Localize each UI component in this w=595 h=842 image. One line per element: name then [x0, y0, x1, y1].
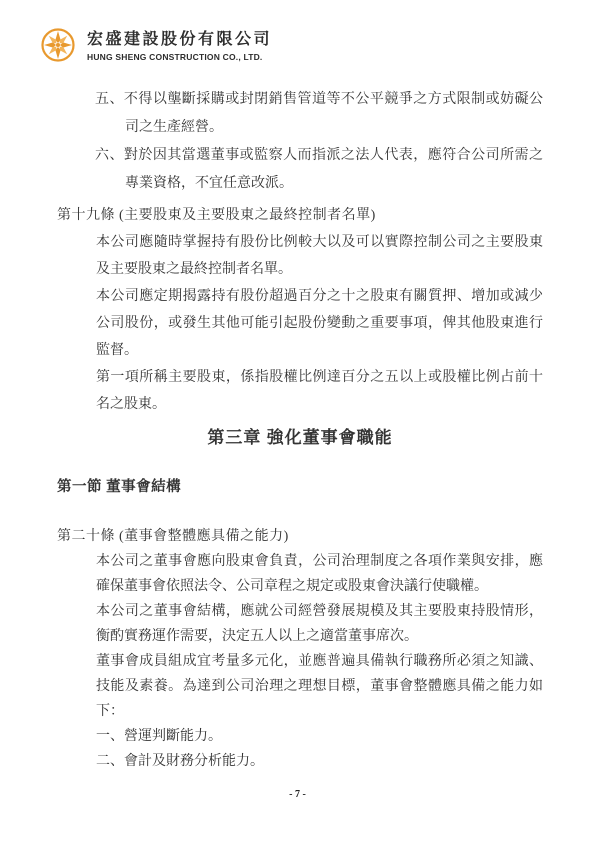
article-20: 第二十條 (董事會整體應具備之能力) 本公司之董事會應向股東會負責，公司治理制度… — [57, 524, 543, 774]
document-page: 宏盛建設股份有限公司 HUNG SHENG CONSTRUCTION CO., … — [0, 0, 595, 842]
text-line: 六、對於因其當選董事或監察人而指派之法人代表，應符合公司所需之 — [95, 142, 543, 170]
list-item: 一、營運判斷能力。 — [96, 724, 543, 749]
chapter-heading: 第三章 強化董事會職能 — [57, 423, 543, 453]
company-logo-icon — [40, 24, 76, 66]
section-heading: 第一節 董事會結構 — [57, 474, 543, 500]
text-line: 五、不得以壟斷採購或封閉銷售管道等不公平競爭之方式限制或妨礙公 — [95, 86, 543, 114]
ability-list: 一、營運判斷能力。二、會計及財務分析能力。 — [57, 724, 543, 774]
text-line: 下： — [96, 699, 543, 724]
text-line: 司之生產經營。 — [95, 114, 543, 142]
article-20-text: 本公司之董事會應向股東會負責，公司治理制度之各項作業與安排，應確保董事會依照法令… — [57, 549, 543, 724]
paragraph: 本公司應定期揭露持有股份超過百分之十之股東有關質押、增加或減少公司股份，或發生其… — [57, 283, 543, 364]
text-line: 確保董事會依照法令、公司章程之規定或股東會決議行使職權。 — [96, 574, 543, 599]
article-19-text: 本公司應隨時掌握持有股份比例較大以及可以實際控制公司之主要股東及主要股東之最終控… — [57, 229, 543, 418]
article-20-heading: 第二十條 (董事會整體應具備之能力) — [57, 524, 543, 549]
company-name-en: HUNG SHENG CONSTRUCTION CO., LTD. — [87, 52, 272, 63]
text-line: 本公司之董事會結構，應就公司經營發展規模及其主要股東持股情形， — [96, 599, 543, 624]
text-line: 本公司應定期揭露持有股份超過百分之十之股東有關質押、增加或減少 — [96, 283, 543, 310]
text-line: 公司股份，或發生其他可能引起股份變動之重要事項，俾其他股東進行 — [96, 310, 543, 337]
text-line: 及主要股東之最終控制者名單。 — [96, 256, 543, 283]
paragraph: 六、對於因其當選董事或監察人而指派之法人代表，應符合公司所需之專業資格，不宜任意… — [57, 142, 543, 198]
text-line: 技能及素養。為達到公司治理之理想目標，董事會整體應具備之能力如 — [96, 674, 543, 699]
list-item: 二、會計及財務分析能力。 — [96, 749, 543, 774]
text-line: 第一項所稱主要股東，係指股權比例達百分之五以上或股權比例占前十 — [96, 364, 543, 391]
page-number: - 7 - — [0, 789, 595, 800]
carryover-list: 五、不得以壟斷採購或封閉銷售管道等不公平競爭之方式限制或妨礙公司之生產經營。六、… — [57, 86, 543, 198]
text-line: 專業資格，不宜任意改派。 — [95, 170, 543, 198]
article-19-heading: 第十九條 (主要股東及主要股東之最終控制者名單) — [57, 202, 543, 229]
text-line: 衡酌實務運作需要，決定五人以上之適當董事席次。 — [96, 624, 543, 649]
paragraph: 董事會成員組成宜考量多元化，並應普遍具備執行職務所必須之知識、技能及素養。為達到… — [57, 649, 543, 724]
paragraph: 本公司應隨時掌握持有股份比例較大以及可以實際控制公司之主要股東及主要股東之最終控… — [57, 229, 543, 283]
paragraph: 第一項所稱主要股東，係指股權比例達百分之五以上或股權比例占前十名之股東。 — [57, 364, 543, 418]
paragraph: 本公司之董事會結構，應就公司經營發展規模及其主要股東持股情形，衡酌實務運作需要，… — [57, 599, 543, 649]
paragraph: 五、不得以壟斷採購或封閉銷售管道等不公平競爭之方式限制或妨礙公司之生產經營。 — [57, 86, 543, 142]
article-19: 第十九條 (主要股東及主要股東之最終控制者名單) 本公司應隨時掌握持有股份比例較… — [57, 202, 543, 418]
paragraph: 本公司之董事會應向股東會負責，公司治理制度之各項作業與安排，應確保董事會依照法令… — [57, 549, 543, 599]
company-name-zh: 宏盛建設股份有限公司 — [87, 30, 272, 50]
letterhead: 宏盛建設股份有限公司 HUNG SHENG CONSTRUCTION CO., … — [40, 24, 272, 66]
company-name-block: 宏盛建設股份有限公司 HUNG SHENG CONSTRUCTION CO., … — [87, 24, 272, 63]
text-line: 名之股東。 — [96, 391, 543, 418]
text-line: 監督。 — [96, 337, 543, 364]
text-line: 本公司之董事會應向股東會負責，公司治理制度之各項作業與安排，應 — [96, 549, 543, 574]
text-line: 董事會成員組成宜考量多元化，並應普遍具備執行職務所必須之知識、 — [96, 649, 543, 674]
text-line: 本公司應隨時掌握持有股份比例較大以及可以實際控制公司之主要股東 — [96, 229, 543, 256]
